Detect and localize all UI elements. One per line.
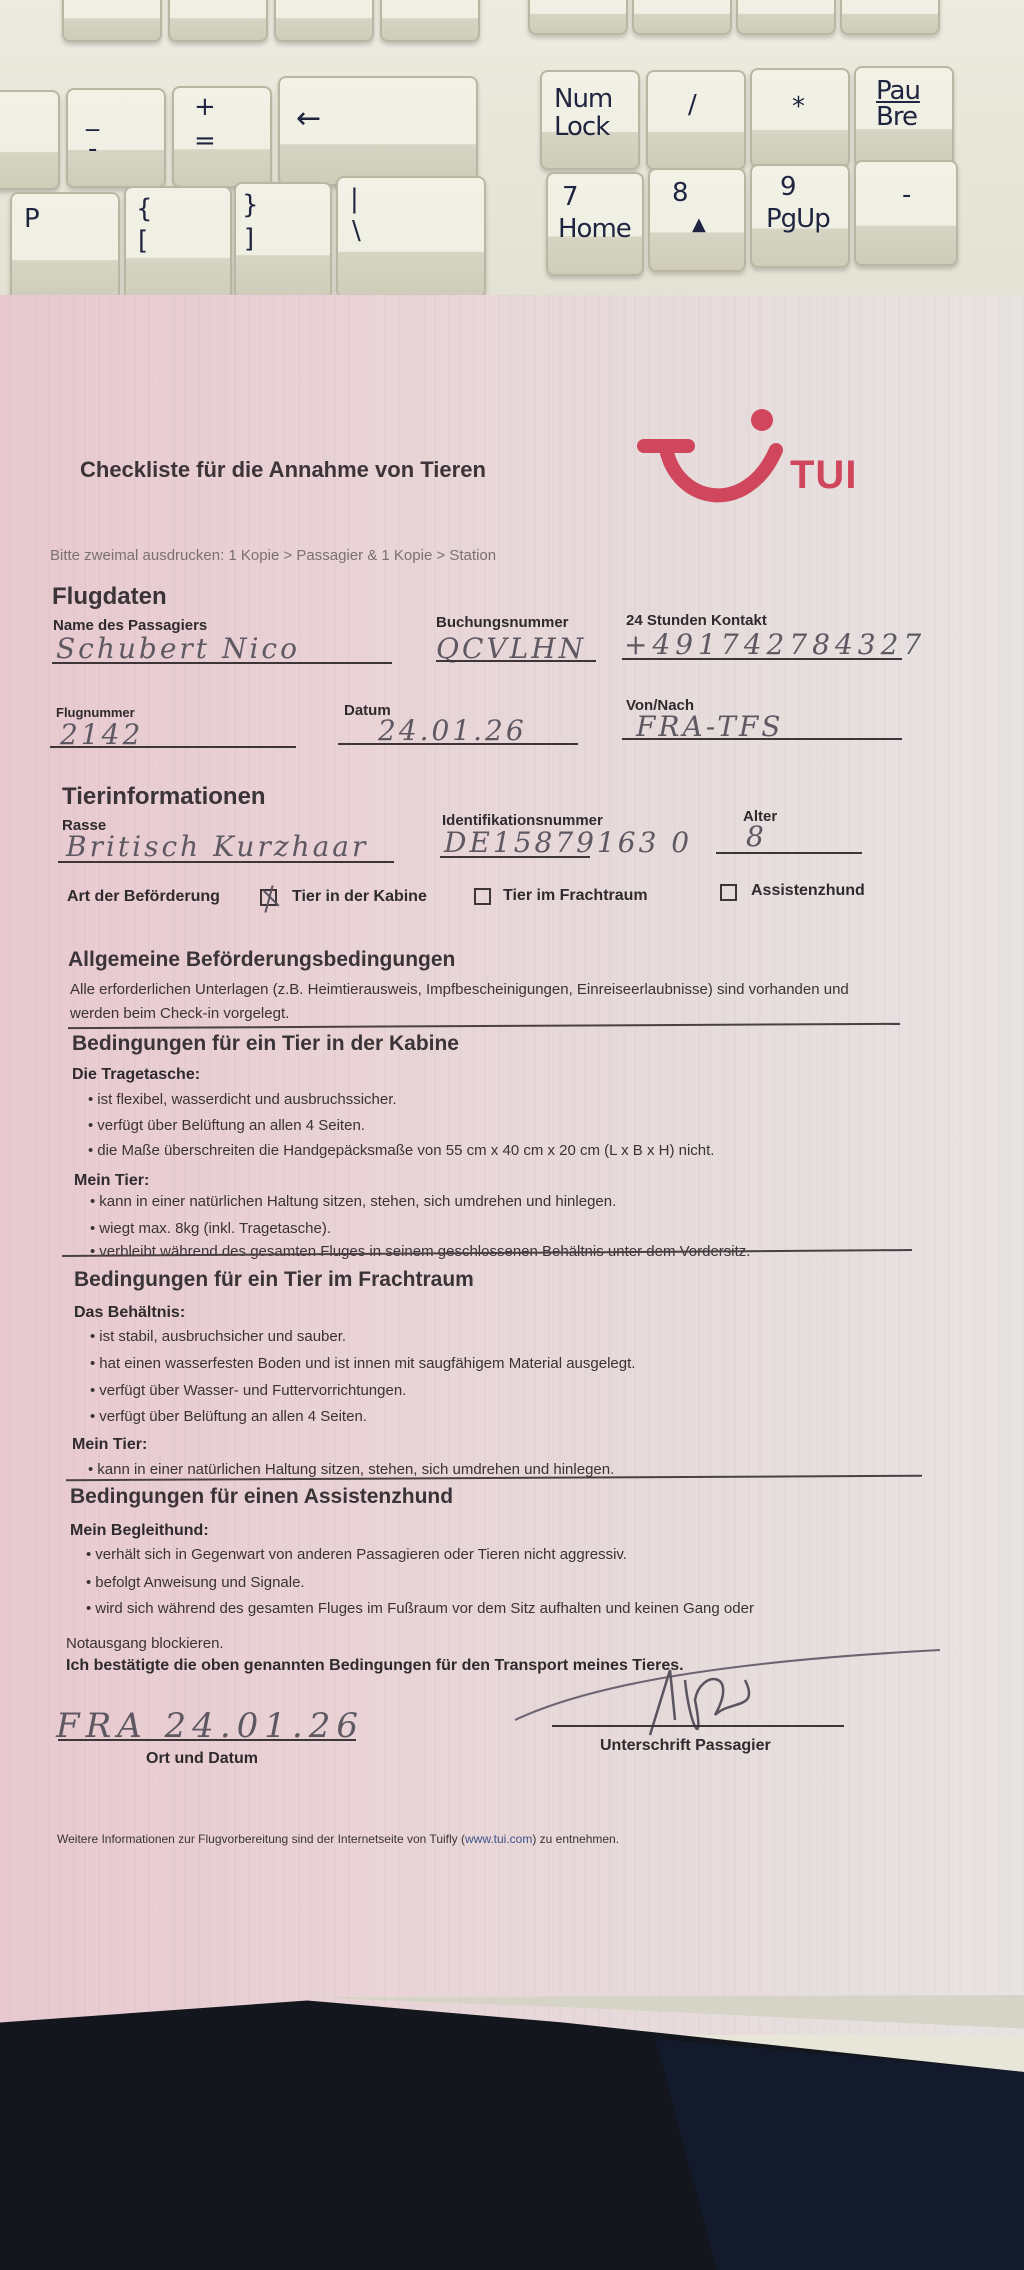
booking-number-label: Buchungsnummer [436, 614, 569, 631]
key-top-3 [274, 0, 374, 42]
key-num-lock: Num Lock [540, 70, 640, 170]
key-bracket-left: { [ [124, 186, 232, 302]
print-note: Bitte zweimal ausdrucken: 1 Kopie > Pass… [50, 547, 496, 564]
cabin-animal-heading: Mein Tier: [74, 1172, 149, 1190]
assistance-dog-item: befolgt Anweisung und Signale. [86, 1574, 305, 1591]
key-top-6 [632, 0, 732, 35]
place-date-label: Ort und Datum [146, 1750, 258, 1768]
cargo-container-item: verfügt über Belüftung an allen 4 Seiten… [90, 1408, 367, 1425]
footer-note: Weitere Informationen zur Flugvorbereitu… [57, 1832, 619, 1846]
contact-label: 24 Stunden Kontakt [626, 612, 767, 629]
cargo-container-item: ist stabil, ausbruchsicher und sauber. [90, 1328, 346, 1345]
cabin-animal-item: wiegt max. 8kg (inkl. Tragetasche). [90, 1220, 331, 1237]
cabin-bag-item: verfügt über Belüftung an allen 4 Seiten… [88, 1117, 365, 1134]
key-top-2 [168, 0, 268, 42]
checkbox-cargo-label: Tier im Frachtraum [503, 887, 648, 905]
cabin-bag-item: ist flexibel, wasserdicht und ausbruchss… [88, 1091, 397, 1108]
key-top-1 [62, 0, 162, 42]
cargo-container-item: hat einen wasserfesten Boden und ist inn… [90, 1355, 635, 1372]
key-numpad-divide: / [646, 70, 746, 170]
assistance-dog-item: wird sich während des gesamten Fluges im… [86, 1600, 754, 1617]
booking-number-line [436, 660, 596, 662]
id-number-field[interactable]: DE15879163 0 [444, 826, 692, 859]
key-pause-break: Pau Bre [854, 66, 954, 168]
signature-label: Unterschrift Passagier [600, 1737, 771, 1755]
breed-field[interactable]: Britisch Kurzhaar [66, 830, 368, 863]
checkbox-assistance-dog[interactable] [720, 884, 737, 901]
cabin-conditions-heading: Bedingungen für ein Tier in der Kabine [72, 1032, 459, 1056]
transport-type-label: Art der Beförderung [67, 888, 220, 906]
key-minus: _ - [66, 88, 166, 188]
cargo-container-heading: Das Behältnis: [74, 1304, 185, 1322]
checkbox-cargo[interactable] [474, 888, 491, 905]
cargo-animal-item: kann in einer natürlichen Haltung sitzen… [88, 1461, 614, 1478]
key-p: P [10, 192, 120, 302]
general-conditions-heading: Allgemeine Beförderungsbedingungen [68, 948, 455, 972]
key-top-7 [736, 0, 836, 35]
passenger-name-field[interactable]: Schubert Nico [56, 632, 300, 665]
cargo-container-item: verfügt über Wasser- und Futtervorrichtu… [90, 1382, 406, 1399]
key-top-5 [528, 0, 628, 35]
checkbox-cabin-label: Tier in der Kabine [292, 888, 427, 906]
tui-brand-text: TUI [790, 453, 857, 498]
checkbox-assistance-dog-label: Assistenzhund [751, 882, 865, 900]
flight-section-heading: Flugdaten [52, 583, 167, 611]
cargo-conditions-heading: Bedingungen für ein Tier im Frachtraum [74, 1268, 474, 1292]
contact-line [622, 658, 902, 660]
cabin-animal-item: kann in einer natürlichen Haltung sitzen… [90, 1193, 616, 1210]
key-numpad-8: 8 ▲ [648, 168, 746, 272]
signature-line [552, 1725, 844, 1727]
key-backspace: ← [278, 76, 478, 186]
age-field[interactable]: 8 [746, 820, 767, 853]
form-title: Checkliste für die Annahme von Tieren [80, 457, 486, 483]
breed-line [58, 861, 394, 863]
assistance-dog-item-continuation: Notausgang blockieren. [66, 1632, 224, 1656]
contact-field[interactable]: +491742784327 [624, 628, 926, 661]
key-equals: + = [172, 86, 272, 188]
assistance-dog-heading: Bedingungen für einen Assistenzhund [70, 1485, 453, 1509]
cabin-bag-item: die Maße überschreiten die Handgepäcksma… [88, 1142, 714, 1159]
key-backslash: | \ [336, 176, 486, 298]
id-number-line [440, 856, 590, 858]
cabin-bag-heading: Die Tragetasche: [72, 1066, 200, 1084]
flight-number-line [50, 746, 296, 748]
key-top-4 [380, 0, 480, 42]
place-date-line [58, 1739, 356, 1741]
animal-section-heading: Tierinformationen [62, 783, 266, 811]
key-numpad-9: 9 PgUp [750, 164, 850, 268]
key-numpad-multiply: * [750, 68, 850, 168]
assistance-dog-item: verhält sich in Gegenwart von anderen Pa… [86, 1546, 627, 1563]
keyboard-photo: _ - + = ← Num Lock / * Pau Bre P { [ } ]… [0, 0, 1024, 300]
key-numpad-minus: - [854, 160, 958, 266]
checkbox-cabin[interactable] [260, 889, 277, 906]
key-partial-left [0, 90, 60, 190]
assistance-dog-subheading: Mein Begleithund: [70, 1522, 209, 1540]
key-top-8 [840, 0, 940, 35]
age-line [716, 852, 862, 854]
key-numpad-7: 7 Home [546, 172, 644, 276]
key-bracket-right: } ] [234, 182, 332, 300]
route-line [622, 738, 902, 740]
tui-website-link[interactable]: www.tui.com [465, 1832, 532, 1846]
passenger-name-line [52, 662, 392, 664]
cargo-animal-heading: Mein Tier: [72, 1436, 147, 1454]
date-line [338, 743, 578, 745]
general-conditions-text: Alle erforderlichen Unterlagen (z.B. Hei… [70, 978, 870, 1026]
